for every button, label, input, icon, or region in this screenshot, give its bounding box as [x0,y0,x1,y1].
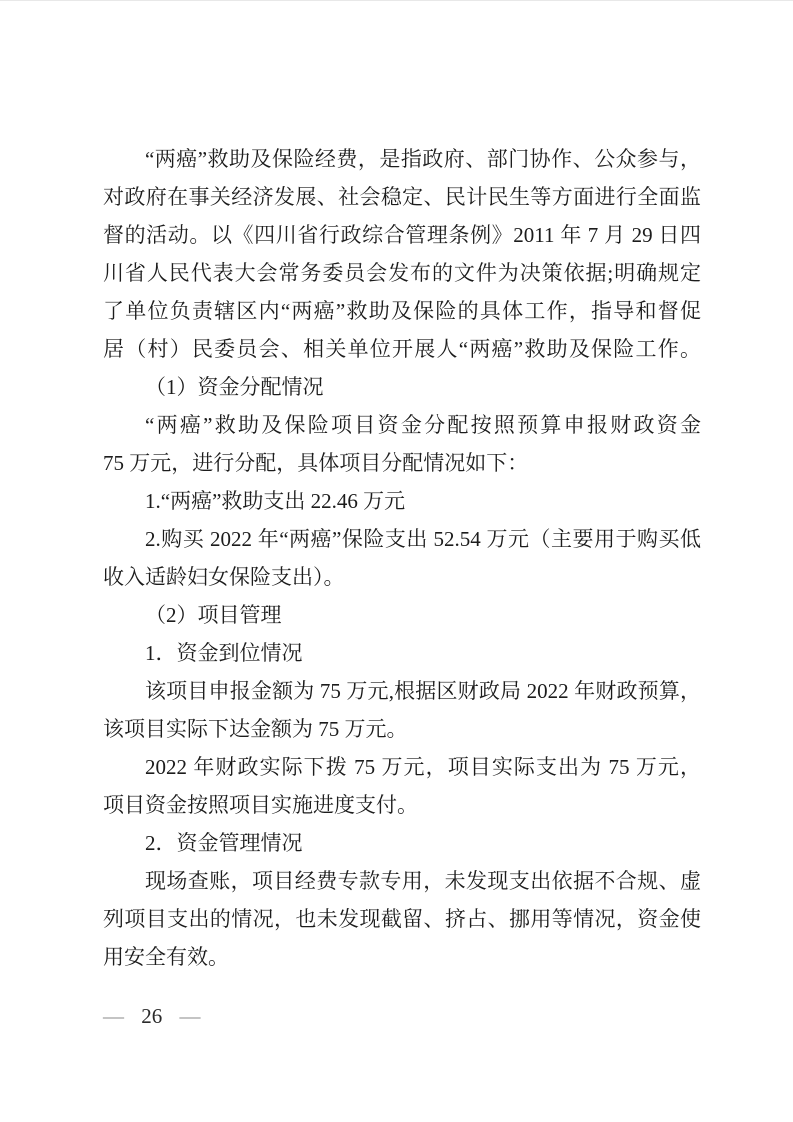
page-number-value: 26 [141,1004,162,1028]
text-line: 对政府在事关经济发展、社会稳定、民计民生等方面进行全面监 [103,178,701,216]
text-line: 1.“两癌”救助支出 22.46 万元 [103,482,701,520]
text-line: 了单位负责辖区内“两癌”救助及保险的具体工作，指导和督促 [103,292,701,330]
document-body: “两癌”救助及保险经费，是指政府、部门协作、公众参与，对政府在事关经济发展、社会… [103,140,701,976]
text-line: 用安全有效。 [103,938,701,976]
page-number-dash-left: — [103,1004,124,1028]
text-line: 收入适龄妇女保险支出）。 [103,558,701,596]
text-line: 2022 年财政实际下拨 75 万元，项目实际支出为 75 万元， [103,748,701,786]
text-line: 项目资金按照项目实施进度支付。 [103,786,701,824]
text-line: 2．资金管理情况 [103,824,701,862]
text-line: “两癌”救助及保险项目资金分配按照预算申报财政资金 [103,406,701,444]
page-number-dash-right: — [180,1004,201,1028]
text-line: 1．资金到位情况 [103,634,701,672]
document-page: “两癌”救助及保险经费，是指政府、部门协作、公众参与，对政府在事关经济发展、社会… [0,0,793,1122]
text-line: 75 万元，进行分配，具体项目分配情况如下： [103,444,701,482]
text-line: 督的活动。以《四川省行政综合管理条例》2011 年 7 月 29 日四 [103,216,701,254]
text-line: 居（村）民委员会、相关单位开展人“两癌”救助及保险工作。 [103,330,701,368]
text-line: 2.购买 2022 年“两癌”保险支出 52.54 万元（主要用于购买低 [103,520,701,558]
text-line: （1）资金分配情况 [103,368,701,406]
text-line: （2）项目管理 [103,596,701,634]
text-line: 该项目实际下达金额为 75 万元。 [103,710,701,748]
page-number: — 26 — [103,1001,201,1031]
text-line: 现场查账，项目经费专款专用，未发现支出依据不合规、虚 [103,862,701,900]
text-line: 列项目支出的情况，也未发现截留、挤占、挪用等情况，资金使 [103,900,701,938]
text-line: 川省人民代表大会常务委员会发布的文件为决策依据;明确规定 [103,254,701,292]
text-line: 该项目申报金额为 75 万元,根据区财政局 2022 年财政预算， [103,672,701,710]
text-line: “两癌”救助及保险经费，是指政府、部门协作、公众参与， [103,140,701,178]
